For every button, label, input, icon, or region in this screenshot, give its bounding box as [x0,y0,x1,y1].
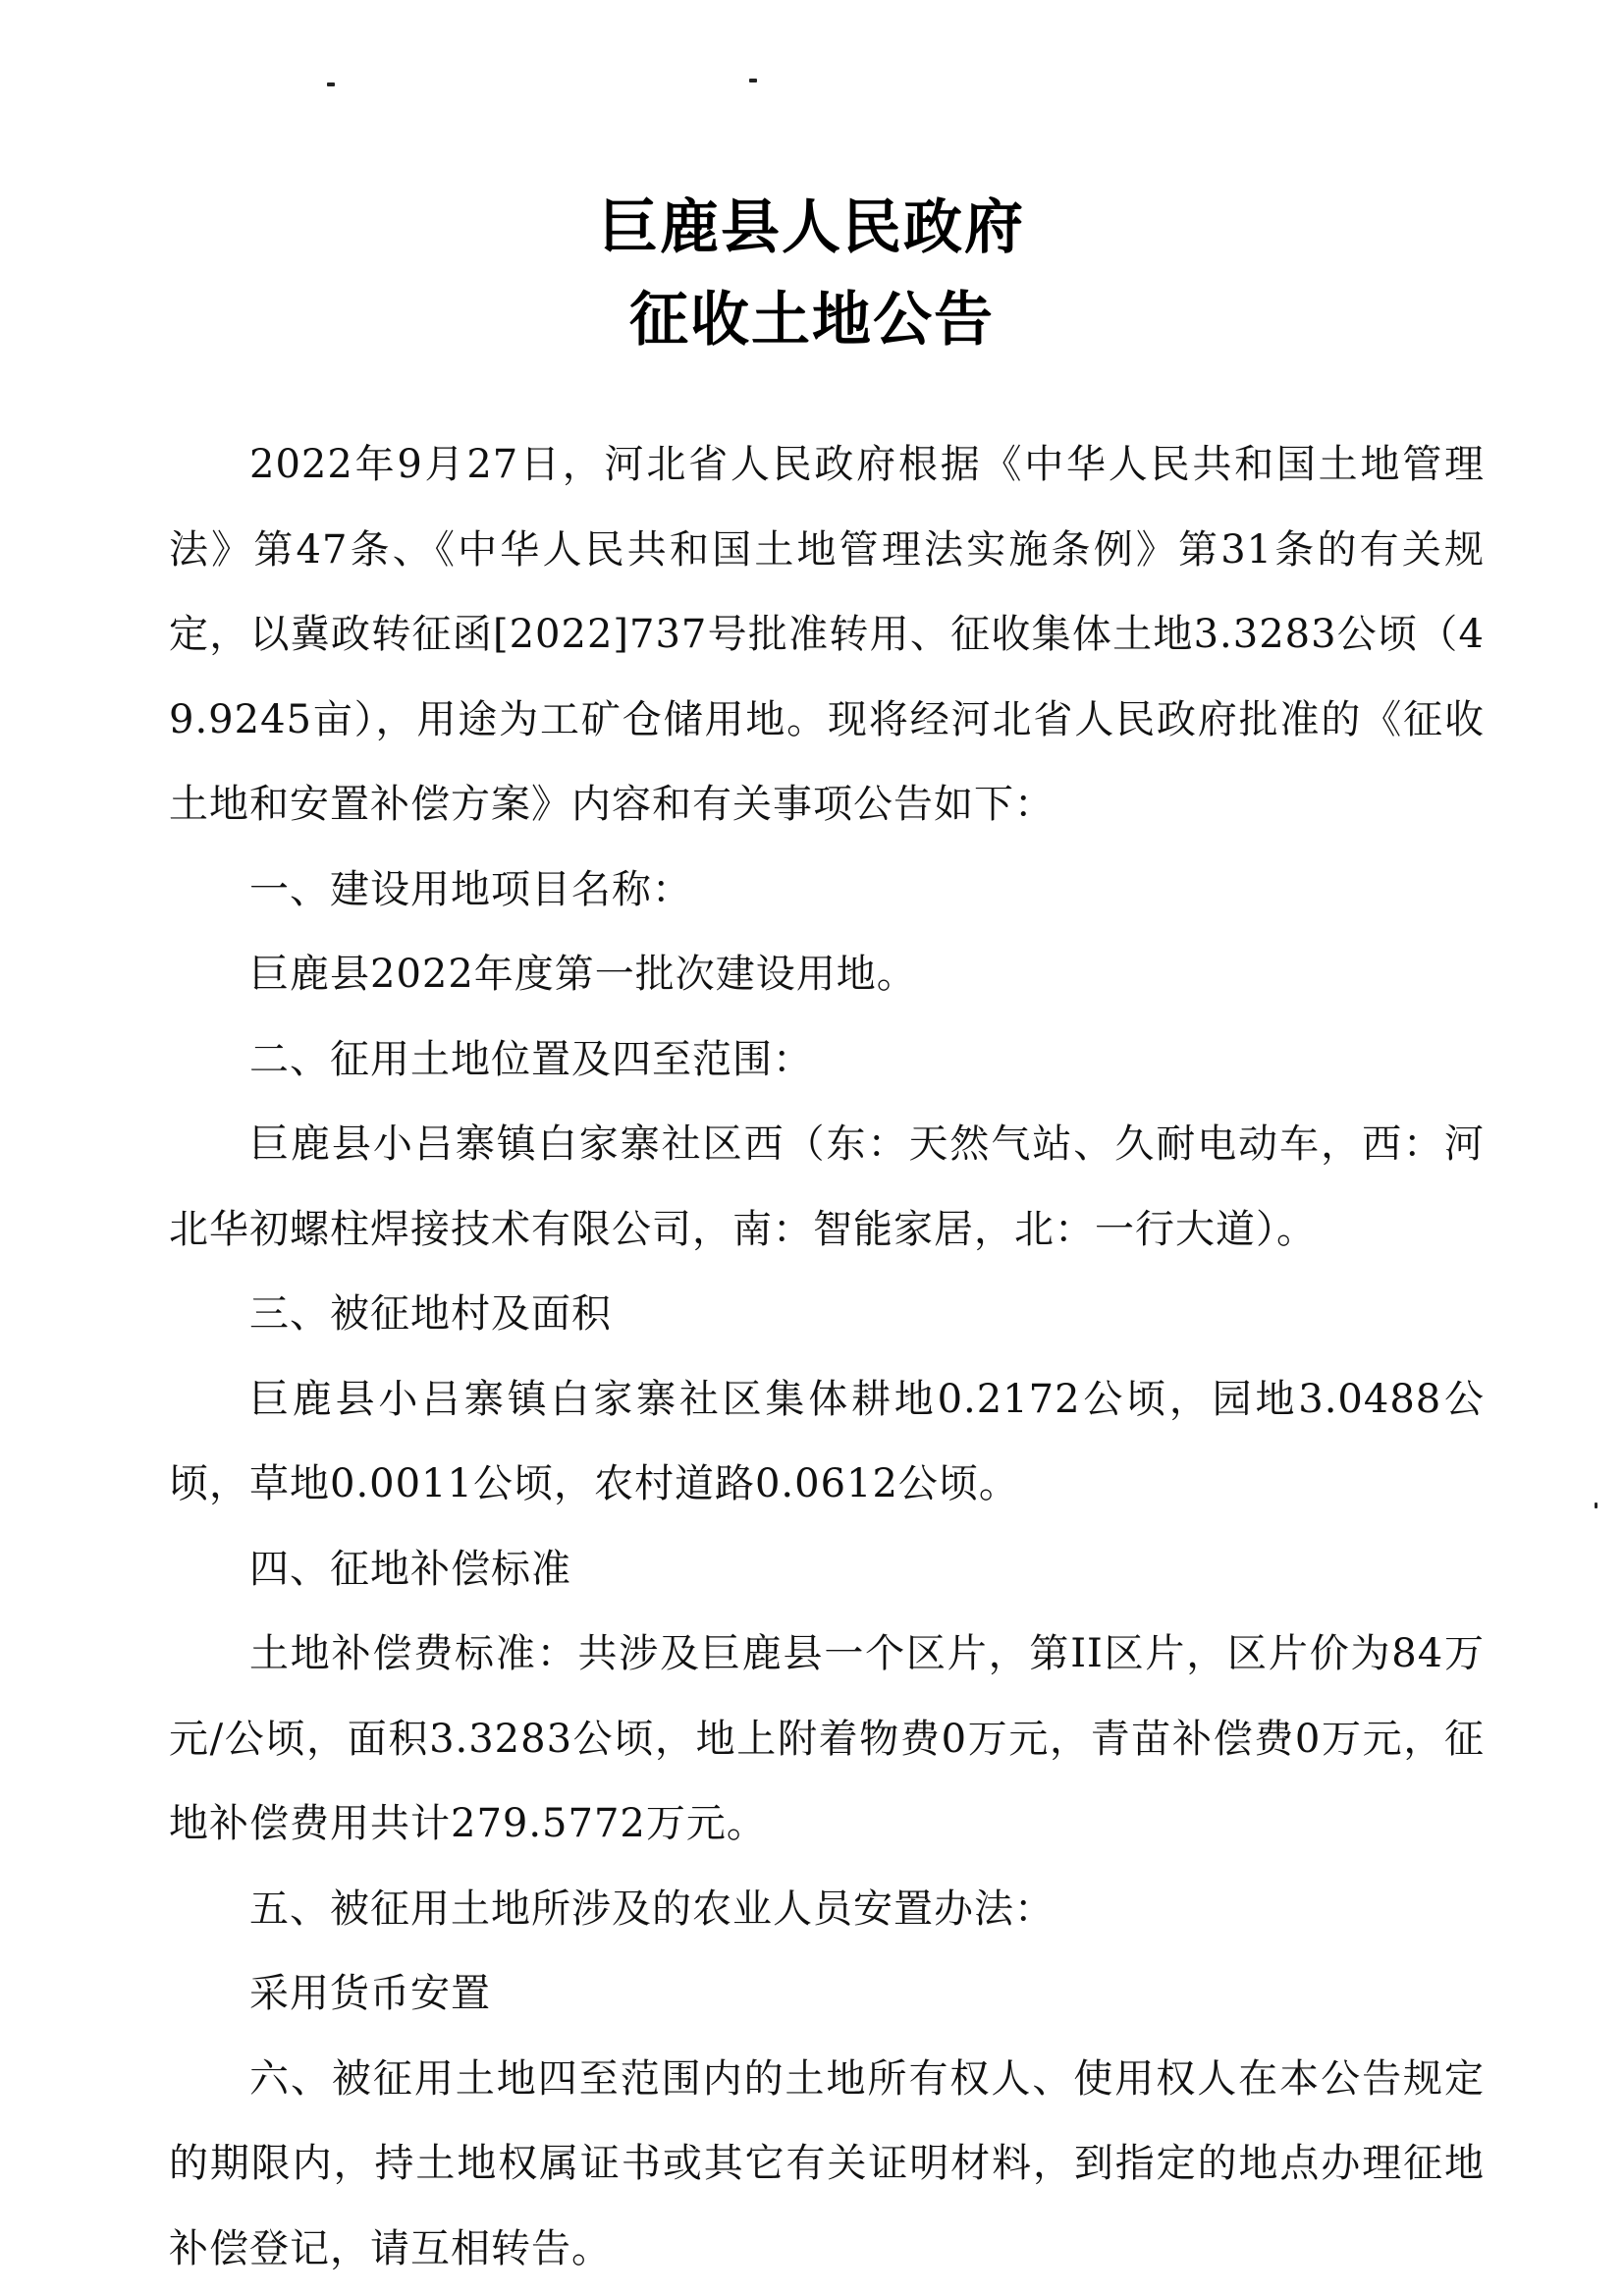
location-paragraph: 巨鹿县小吕寨镇白家寨社区西（东：天然气站、久耐电动车，西：河北华初螺柱焊接技术有… [169,1102,1485,1272]
scan-artifact-mark [1595,1503,1597,1508]
section-heading-location: 二、征用土地位置及四至范围： [169,1017,1485,1103]
scan-artifact-mark [749,79,757,82]
project-name-paragraph: 巨鹿县2022年度第一批次建设用地。 [169,932,1485,1017]
section-heading-resettlement: 五、被征用土地所涉及的农业人员安置办法： [169,1867,1485,1952]
scan-artifact-mark [327,82,335,86]
title-issuer: 巨鹿县人民政府 [0,182,1624,274]
title-subject: 征收土地公告 [0,274,1624,366]
section-heading-project-name: 一、建设用地项目名称： [169,847,1485,933]
document-title: 巨鹿县人民政府 征收土地公告 [0,182,1624,366]
section-heading-village-area: 三、被征地村及面积 [169,1272,1485,1357]
resettlement-paragraph: 采用货币安置 [169,1951,1485,2037]
compensation-paragraph: 土地补偿费标准：共涉及巨鹿县一个区片，第II区片，区片价为84万元/公顷，面积3… [169,1612,1485,1867]
document-body: 2022年9月27日，河北省人民政府根据《中华人民共和国土地管理法》第47条、《… [169,422,1485,2291]
intro-paragraph: 2022年9月27日，河北省人民政府根据《中华人民共和国土地管理法》第47条、《… [169,422,1485,847]
section-heading-compensation-standard: 四、征地补偿标准 [169,1527,1485,1613]
village-area-paragraph: 巨鹿县小吕寨镇白家寨社区集体耕地0.2172公顷，园地3.0488公顷，草地0.… [169,1357,1485,1527]
registration-paragraph: 六、被征用土地四至范围内的土地所有权人、使用权人在本公告规定的期限内，持土地权属… [169,2037,1485,2292]
